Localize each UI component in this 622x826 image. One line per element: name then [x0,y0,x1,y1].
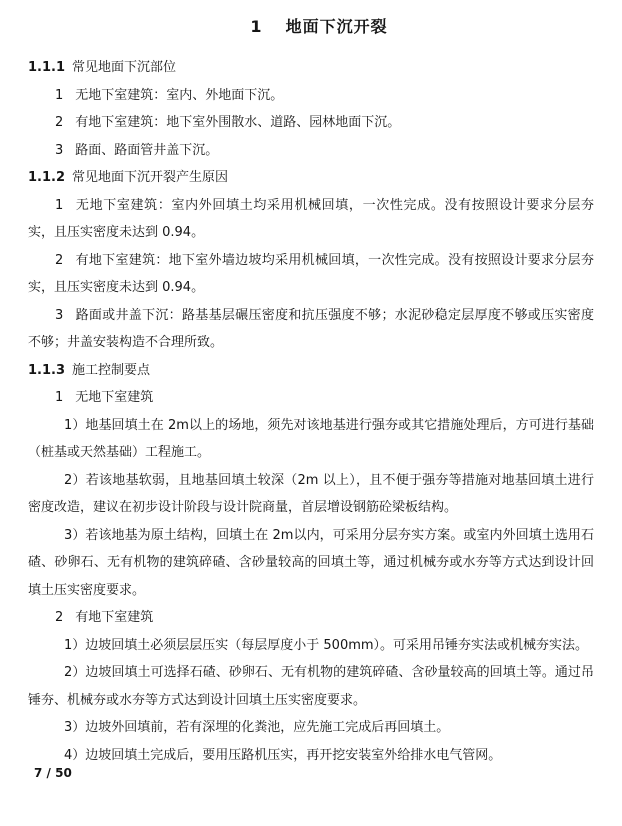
section-heading-text: 施工控制要点 [72,363,150,378]
list-item-number: 1 [55,88,63,103]
sub-item-text: 边坡外回填前，若有深埋的化粪池，应先施工完成后再回填土。 [85,720,449,735]
sub-list-item: 4）边坡回填土完成后，要用压路机压实，再开挖安装室外给排水电气管网。 [28,742,594,770]
list-item-number: 2 [55,253,63,268]
sub-item-number: 3） [64,720,85,735]
list-item-text: 有地下室建筑：地下室外墙边坡均采用机械回填，一次性完成。没有按照设计要求分层夯实… [28,253,594,296]
list-item: 3路面、路面管井盖下沉。 [28,137,594,165]
list-item-number: 2 [55,115,63,130]
document-body: 1地面下沉开裂 1.1.1常见地面下沉部位 1无地下室建筑：室内、外地面下沉。 … [28,12,594,769]
list-item-number: 1 [55,390,63,405]
list-item-text: 无地下室建筑：室内、外地面下沉。 [75,88,283,103]
sub-item-number: 2） [64,473,86,488]
section-heading-1-1-3: 1.1.3施工控制要点 [28,357,594,385]
list-item-number: 3 [55,308,63,323]
section-heading-1-1-2: 1.1.2常见地面下沉开裂产生原因 [28,164,594,192]
sub-item-text: 若该地基为原土结构，回填土在 2m以内，可采用分层夯实方案。或室内外回填土选用石… [28,528,594,598]
sub-list-item: 1）地基回填土在 2m以上的场地，须先对该地基进行强夯或其它措施处理后，方可进行… [28,412,594,467]
sub-list-item: 3）边坡外回填前，若有深埋的化粪池，应先施工完成后再回填土。 [28,714,594,742]
section-heading-text: 常见地面下沉开裂产生原因 [72,170,228,185]
list-item-number: 2 [55,610,63,625]
list-item: 2有地下室建筑：地下室外墙边坡均采用机械回填，一次性完成。没有按照设计要求分层夯… [28,247,594,302]
list-item: 1无地下室建筑 [28,384,594,412]
list-item-text: 路面、路面管井盖下沉。 [75,143,218,158]
sub-item-number: 4） [64,748,85,763]
list-item-text: 有地下室建筑 [75,610,153,625]
list-item: 2有地下室建筑 [28,604,594,632]
section-heading-1-1-1: 1.1.1常见地面下沉部位 [28,54,594,82]
list-item-text: 无地下室建筑：室内外回填土均采用机械回填，一次性完成。没有按照设计要求分层夯实，… [28,198,594,241]
chapter-title: 1地面下沉开裂 [28,12,594,42]
sub-list-item: 2）若该地基软弱，且地基回填土较深（2m 以上），且不便于强夯等措施对地基回填土… [28,467,594,522]
sub-item-number: 3） [64,528,85,543]
sub-item-text: 边坡回填土可选择石碴、砂卵石、无有机物的建筑碎碴、含砂量较高的回填土等。通过吊锤… [28,665,594,708]
sub-item-text: 边坡回填土必须层层压实（每层厚度小于 500mm）。可采用吊锤夯实法或机械夯实法… [85,638,588,653]
chapter-number: 1 [250,17,261,36]
sub-item-number: 2） [64,665,85,680]
sub-item-number: 1） [64,638,85,653]
sub-list-item: 2）边坡回填土可选择石碴、砂卵石、无有机物的建筑碎碴、含砂量较高的回填土等。通过… [28,659,594,714]
list-item: 1无地下室建筑：室内外回填土均采用机械回填，一次性完成。没有按照设计要求分层夯实… [28,192,594,247]
section-number: 1.1.3 [28,363,65,378]
page-number: 7 / 50 [34,763,72,783]
list-item: 2有地下室建筑：地下室外围散水、道路、园林地面下沉。 [28,109,594,137]
list-item-text: 有地下室建筑：地下室外围散水、道路、园林地面下沉。 [75,115,400,130]
list-item-number: 3 [55,143,63,158]
sub-item-number: 1） [64,418,85,433]
list-item-number: 1 [55,198,63,213]
list-item-text: 无地下室建筑 [75,390,153,405]
sub-item-text: 地基回填土在 2m以上的场地，须先对该地基进行强夯或其它措施处理后，方可进行基础… [28,418,594,461]
section-heading-text: 常见地面下沉部位 [72,60,176,75]
document-page: 1地面下沉开裂 1.1.1常见地面下沉部位 1无地下室建筑：室内、外地面下沉。 … [0,0,622,826]
list-item-text: 路面或井盖下沉：路基基层碾压密度和抗压强度不够；水泥砂稳定层厚度不够或压实密度不… [28,308,594,351]
list-item: 1无地下室建筑：室内、外地面下沉。 [28,82,594,110]
sub-item-text: 若该地基软弱，且地基回填土较深（2m 以上），且不便于强夯等措施对地基回填土进行… [28,473,594,516]
sub-item-text: 边坡回填土完成后，要用压路机压实，再开挖安装室外给排水电气管网。 [85,748,501,763]
list-item: 3路面或井盖下沉：路基基层碾压密度和抗压强度不够；水泥砂稳定层厚度不够或压实密度… [28,302,594,357]
sub-list-item: 3）若该地基为原土结构，回填土在 2m以内，可采用分层夯实方案。或室内外回填土选… [28,522,594,605]
section-number: 1.1.2 [28,170,65,185]
section-number: 1.1.1 [28,60,65,75]
sub-list-item: 1）边坡回填土必须层层压实（每层厚度小于 500mm）。可采用吊锤夯实法或机械夯… [28,632,594,660]
chapter-title-text: 地面下沉开裂 [286,17,388,36]
